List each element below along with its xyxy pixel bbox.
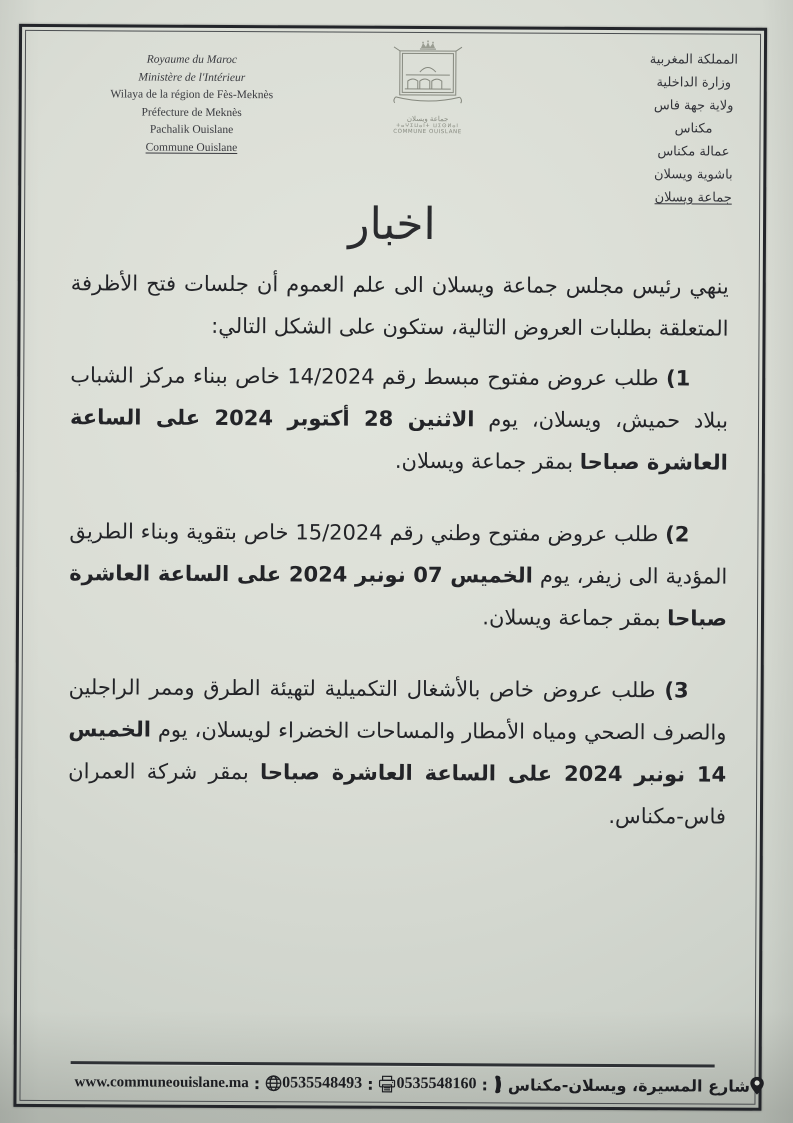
separator-colon: : xyxy=(481,1075,488,1094)
header-line-kingdom-ar: المملكة المغربية xyxy=(638,48,750,72)
phone-icon xyxy=(492,1074,504,1094)
header-line-wilaya: Wilaya de la région de Fès-Meknès xyxy=(56,86,328,105)
separator-colon: : xyxy=(254,1074,261,1093)
address-text: شارع المسيرة، ويسلان-مكناس xyxy=(508,1075,750,1095)
header-french-block: Royaume du Maroc Ministère de l'Intérieu… xyxy=(55,51,328,157)
item-number: 3) xyxy=(664,678,688,702)
page-border-frame: Royaume du Maroc Ministère de l'Intérieu… xyxy=(13,24,767,1111)
page-inner-border: Royaume du Maroc Ministère de l'Intérieu… xyxy=(19,30,761,1105)
fax-number: 0535548493 xyxy=(282,1074,362,1092)
header-line-ministere: Ministère de l'Intérieur xyxy=(56,69,328,88)
document-footer: www.communeouislane.ma : xyxy=(21,1061,755,1096)
footer-website-group: www.communeouislane.ma : xyxy=(75,1073,283,1093)
item-text: بمقر جماعة ويسلان. xyxy=(395,449,580,474)
header-line-wilaya-ar: ولاية جهة فاس مكناس xyxy=(638,94,750,141)
tender-item-1: 1) طلب عروض مفتوح مبسط رقم 14/2024 خاص ب… xyxy=(70,354,729,483)
footer-phone-group: 0535548160 : xyxy=(396,1074,504,1095)
location-pin-icon xyxy=(750,1076,765,1096)
header-arabic-block: المملكة المغربية وزارة الداخلية ولاية جه… xyxy=(637,48,750,210)
tender-item-2: 2) طلب عروض مفتوح وطني رقم 15/2024 خاص ب… xyxy=(69,510,728,639)
page-content: Royaume du Maroc Ministère de l'Intérieu… xyxy=(20,31,760,1104)
logo-latin-name: COMMUNE OUISLANE xyxy=(380,129,476,137)
item-text: طلب عروض خاص بالأشغال التكميلية لتهيئة ا… xyxy=(69,675,727,744)
footer-address-group: شارع المسيرة، ويسلان-مكناس xyxy=(504,1074,765,1095)
header-line-pachalik: Pachalik Ouislane xyxy=(56,121,328,140)
commune-emblem-icon xyxy=(380,39,476,112)
header-line-royaume: Royaume du Maroc xyxy=(56,51,328,70)
item-text: بمقر جماعة ويسلان. xyxy=(482,605,667,630)
footer-contact-row: www.communeouislane.ma : xyxy=(21,1070,755,1096)
fax-icon xyxy=(377,1074,396,1093)
item-number: 2) xyxy=(665,522,689,546)
header-line-interior-ar: وزارة الداخلية xyxy=(638,71,750,95)
item-number: 1) xyxy=(666,366,690,390)
header-line-prefecture-ar: عمالة مكناس xyxy=(637,140,749,164)
tender-item-3: 3) طلب عروض خاص بالأشغال التكميلية لتهيئ… xyxy=(68,666,727,837)
intro-paragraph: ينهي رئيس مجلس جماعة ويسلان الى علم العم… xyxy=(70,262,728,349)
phone-number: 0535548160 xyxy=(396,1075,476,1093)
commune-logo: جماعة ويسلان ⵜⴰⵖⵉⵡⴰⵏⵜ ⵡⵉⵙⵍⴰⵏ COMMUNE OUI… xyxy=(380,39,477,137)
header-line-commune: Commune Ouislane xyxy=(55,139,327,158)
scanned-announcement-page: Royaume du Maroc Ministère de l'Intérieu… xyxy=(0,0,793,1123)
footer-fax-group: 0535548493 : xyxy=(282,1074,397,1094)
document-header: Royaume du Maroc Ministère de l'Intérieu… xyxy=(25,31,760,187)
header-line-pachalik-ar: باشوية ويسلان xyxy=(637,163,749,187)
website-url: www.communeouislane.ma xyxy=(75,1074,249,1092)
globe-icon xyxy=(264,1074,282,1092)
header-line-commune-ar: جماعة ويسلان xyxy=(637,186,749,210)
announcement-body: ينهي رئيس مجلس جماعة ويسلان الى علم العم… xyxy=(22,248,759,838)
separator-colon: : xyxy=(367,1074,374,1093)
header-line-prefecture: Préfecture de Meknès xyxy=(56,104,328,123)
footer-divider xyxy=(71,1061,715,1067)
